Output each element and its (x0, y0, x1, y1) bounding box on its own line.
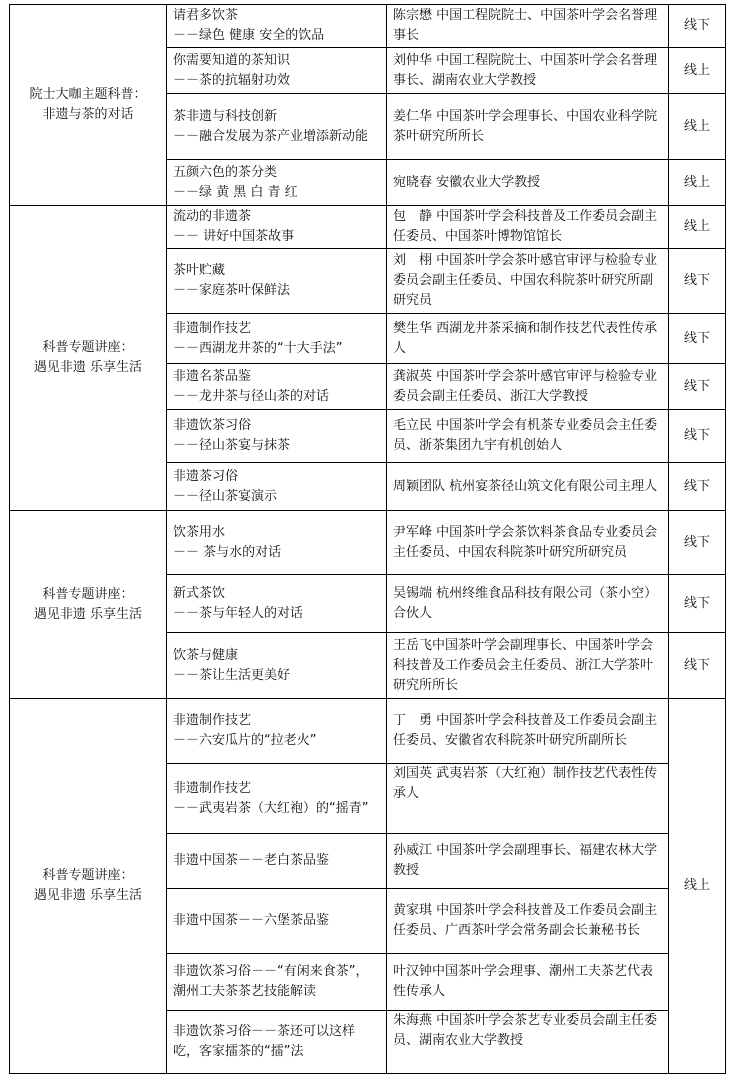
topic-subtitle: －－ 茶与水的对话 (173, 543, 380, 563)
speaker-info: 刘 栩 中国茶叶学会茶叶感官审评与检验专业委员会副主任委员、中国农科院茶叶研究所… (393, 251, 662, 311)
speaker-info: 叶汉钟中国茶叶学会理事、潮州工夫茶艺代表性传承人 (393, 962, 662, 1002)
topic-cell: 你需要知道的茶知识－－茶的抗辐射功效 (167, 48, 387, 94)
topic-title: 非遗制作技艺 (173, 779, 380, 799)
speaker-cell: 刘仲华 中国工程院院士、中国茶叶学会名誉理事长、湖南农业大学教授 (387, 48, 669, 94)
mode-cell: 线上 (669, 699, 726, 1074)
topic-subtitle: －－武夷岩茶（大红袍）的“摇青” (173, 799, 380, 819)
topic-cell: 茶叶贮藏－－家庭茶叶保鲜法 (167, 249, 387, 314)
speaker-info: 龚淑英 中国茶叶学会茶叶感官审评与检验专业委员会副主任委员、浙江大学教授 (393, 367, 662, 407)
category-title: 科普专题讲座： (16, 866, 160, 886)
speaker-cell: 陈宗懋 中国工程院院士、中国茶叶学会名誉理事长 (387, 5, 669, 48)
speaker-info: 姜仁华 中国茶叶学会理事长、中国农业科学院茶叶研究所所长 (393, 107, 662, 147)
mode-cell: 线上 (669, 94, 726, 160)
speaker-info: 毛立民 中国茶叶学会有机茶专业委员会主任委员、浙茶集团九宇有机创始人 (393, 416, 662, 456)
topic-title: 非遗饮茶习俗 (173, 416, 380, 436)
speaker-info: 陈宗懋 中国工程院院士、中国茶叶学会名誉理事长 (393, 6, 662, 46)
speaker-info: 包 静 中国茶叶学会科技普及工作委员会副主任委员、中国茶叶博物馆馆长 (393, 207, 662, 247)
speaker-cell: 孙威江 中国茶叶学会副理事长、福建农林大学教授 (387, 834, 669, 889)
speaker-cell: 龚淑英 中国茶叶学会茶叶感官审评与检验专业委员会副主任委员、浙江大学教授 (387, 364, 669, 410)
speaker-cell: 宛晓春 安徽农业大学教授 (387, 160, 669, 206)
speaker-cell: 毛立民 中国茶叶学会有机茶专业委员会主任委员、浙茶集团九宇有机创始人 (387, 410, 669, 463)
category-cell: 科普专题讲座： 遇见非遗 乐享生活 (10, 206, 167, 511)
topic-subtitle: －－六安瓜片的“拉老火” (173, 731, 380, 751)
topic-cell: 饮茶用水－－ 茶与水的对话 (167, 511, 387, 575)
topic-cell: 非遗中国茶－－六堡茶品鉴 (167, 889, 387, 954)
topic-subtitle: －－绿 黄 黑 白 青 红 (173, 183, 380, 203)
speaker-cell: 周颖团队 杭州宴茶径山筑文化有限公司主理人 (387, 463, 669, 511)
table-row: 科普专题讲座： 遇见非遗 乐享生活 流动的非遗茶－－ 讲好中国茶故事 包 静 中… (10, 206, 726, 249)
topic-title: 非遗茶习俗 (173, 467, 380, 487)
topic-cell: 饮茶与健康－－茶让生活更美好 (167, 633, 387, 699)
topic-subtitle: －－ 讲好中国茶故事 (173, 227, 380, 247)
mode-cell: 线下 (669, 249, 726, 314)
speaker-cell: 吴锡端 杭州终维食品科技有限公司（茶小空）合伙人 (387, 575, 669, 633)
speaker-cell: 樊生华 西湖龙井茶采摘和制作技艺代表性传承人 (387, 314, 669, 364)
speaker-cell: 叶汉钟中国茶叶学会理事、潮州工夫茶艺代表性传承人 (387, 954, 669, 1011)
topic-subtitle: －－绿色 健康 安全的饮品 (173, 26, 380, 46)
topic-title: 流动的非遗茶 (173, 207, 380, 227)
speaker-cell: 朱海燕 中国茶叶学会茶艺专业委员会副主任委员、湖南农业大学教授 (387, 1011, 669, 1074)
speaker-info: 丁 勇 中国茶叶学会科技普及工作委员会副主任委员、安徽省农科院茶叶研究所副所长 (393, 711, 662, 751)
speaker-cell: 刘国英 武夷岩茶（大红袍）制作技艺代表性传承人 (387, 764, 669, 834)
speaker-info: 尹军峰 中国茶叶学会茶饮料茶食品专业委员会主任委员、中国农科院茶叶研究所研究员 (393, 523, 662, 563)
category-title: 科普专题讲座： (16, 338, 160, 358)
speaker-cell: 包 静 中国茶叶学会科技普及工作委员会副主任委员、中国茶叶博物馆馆长 (387, 206, 669, 249)
topic-subtitle: －－茶让生活更美好 (173, 666, 380, 686)
topic-title: 非遗制作技艺 (173, 319, 380, 339)
topic-title: 请君多饮茶 (173, 6, 380, 26)
category-cell: 科普专题讲座： 遇见非遗 乐享生活 (10, 511, 167, 699)
topic-cell: 请君多饮茶－－绿色 健康 安全的饮品 (167, 5, 387, 48)
speaker-info: 刘国英 武夷岩茶（大红袍）制作技艺代表性传承人 (393, 764, 662, 804)
topic-title: 你需要知道的茶知识 (173, 51, 380, 71)
topic-title: 新式茶饮 (173, 584, 380, 604)
lecture-schedule-table: 院士大咖主题科普： 非遗与茶的对话 请君多饮茶－－绿色 健康 安全的饮品 陈宗懋… (9, 4, 726, 1074)
category-cell: 科普专题讲座： 遇见非遗 乐享生活 (10, 699, 167, 1074)
category-subtitle: 遇见非遗 乐享生活 (16, 886, 160, 906)
speaker-info: 宛晓春 安徽农业大学教授 (393, 173, 662, 193)
speaker-cell: 姜仁华 中国茶叶学会理事长、中国农业科学院茶叶研究所所长 (387, 94, 669, 160)
topic-title: 饮茶用水 (173, 523, 380, 543)
topic-cell: 新式茶饮－－茶与年轻人的对话 (167, 575, 387, 633)
topic-cell: 非遗制作技艺－－六安瓜片的“拉老火” (167, 699, 387, 764)
topic-title: 非遗饮茶习俗－－茶还可以这样吃，客家擂茶的“擂”法 (173, 1022, 380, 1062)
speaker-cell: 黄家琪 中国茶叶学会科技普及工作委员会副主任委员、广西茶叶学会常务副会长兼秘书长 (387, 889, 669, 954)
topic-cell: 五颜六色的茶分类－－绿 黄 黑 白 青 红 (167, 160, 387, 206)
topic-subtitle: －－径山茶宴演示 (173, 487, 380, 507)
topic-title: 饮茶与健康 (173, 646, 380, 666)
topic-title: 非遗制作技艺 (173, 711, 380, 731)
topic-title: 茶叶贮藏 (173, 261, 380, 281)
speaker-info: 樊生华 西湖龙井茶采摘和制作技艺代表性传承人 (393, 319, 662, 359)
speaker-info: 王岳飞中国茶叶学会副理事长、中国茶叶学会科技普及工作委员会主任委员、浙江大学茶叶… (393, 636, 662, 696)
topic-subtitle: －－西湖龙井茶的“十大手法” (173, 339, 380, 359)
speaker-info: 黄家琪 中国茶叶学会科技普及工作委员会副主任委员、广西茶叶学会常务副会长兼秘书长 (393, 901, 662, 941)
topic-cell: 流动的非遗茶－－ 讲好中国茶故事 (167, 206, 387, 249)
topic-subtitle: －－家庭茶叶保鲜法 (173, 281, 380, 301)
table-row: 科普专题讲座： 遇见非遗 乐享生活 饮茶用水－－ 茶与水的对话 尹军峰 中国茶叶… (10, 511, 726, 575)
table-row: 科普专题讲座： 遇见非遗 乐享生活 非遗制作技艺－－六安瓜片的“拉老火” 丁 勇… (10, 699, 726, 764)
mode-cell: 线下 (669, 575, 726, 633)
topic-cell: 非遗中国茶－－老白茶品鉴 (167, 834, 387, 889)
category-subtitle: 非遗与茶的对话 (16, 105, 160, 125)
topic-cell: 茶非遗与科技创新－－融合发展为茶产业增添新动能 (167, 94, 387, 160)
speaker-info: 吴锡端 杭州终维食品科技有限公司（茶小空）合伙人 (393, 584, 662, 624)
topic-cell: 非遗饮茶习俗－－“有闲来食茶”，潮州工夫茶茶艺技能解读 (167, 954, 387, 1011)
topic-cell: 非遗饮茶习俗－－径山茶宴与抹茶 (167, 410, 387, 463)
mode-cell: 线下 (669, 463, 726, 511)
mode-cell: 线下 (669, 5, 726, 48)
mode-cell: 线下 (669, 314, 726, 364)
category-cell: 院士大咖主题科普： 非遗与茶的对话 (10, 5, 167, 206)
topic-subtitle: －－融合发展为茶产业增添新动能 (173, 127, 380, 147)
topic-cell: 非遗制作技艺－－武夷岩茶（大红袍）的“摇青” (167, 764, 387, 834)
topic-title: 茶非遗与科技创新 (173, 107, 380, 127)
topic-cell: 非遗名茶品鉴－－龙井茶与径山茶的对话 (167, 364, 387, 410)
topic-cell: 非遗茶习俗－－径山茶宴演示 (167, 463, 387, 511)
speaker-info: 孙威江 中国茶叶学会副理事长、福建农林大学教授 (393, 841, 662, 881)
topic-title: 非遗中国茶－－老白茶品鉴 (173, 851, 380, 871)
topic-cell: 非遗饮茶习俗－－茶还可以这样吃，客家擂茶的“擂”法 (167, 1011, 387, 1074)
mode-cell: 线上 (669, 160, 726, 206)
topic-title: 五颜六色的茶分类 (173, 163, 380, 183)
category-title: 科普专题讲座： (16, 585, 160, 605)
category-subtitle: 遇见非遗 乐享生活 (16, 358, 160, 378)
table-row: 院士大咖主题科普： 非遗与茶的对话 请君多饮茶－－绿色 健康 安全的饮品 陈宗懋… (10, 5, 726, 48)
speaker-cell: 丁 勇 中国茶叶学会科技普及工作委员会副主任委员、安徽省农科院茶叶研究所副所长 (387, 699, 669, 764)
topic-subtitle: －－茶与年轻人的对话 (173, 604, 380, 624)
speaker-info: 周颖团队 杭州宴茶径山筑文化有限公司主理人 (393, 477, 662, 497)
category-title: 院士大咖主题科普： (16, 85, 160, 105)
topic-title: 非遗名茶品鉴 (173, 367, 380, 387)
speaker-info: 朱海燕 中国茶叶学会茶艺专业委员会副主任委员、湖南农业大学教授 (393, 1011, 662, 1051)
mode-cell: 线下 (669, 633, 726, 699)
mode-cell: 线下 (669, 364, 726, 410)
topic-subtitle: －－茶的抗辐射功效 (173, 71, 380, 91)
mode-cell: 线上 (669, 48, 726, 94)
category-subtitle: 遇见非遗 乐享生活 (16, 605, 160, 625)
speaker-info: 刘仲华 中国工程院院士、中国茶叶学会名誉理事长、湖南农业大学教授 (393, 51, 662, 91)
mode-cell: 线下 (669, 410, 726, 463)
topic-subtitle: －－径山茶宴与抹茶 (173, 436, 380, 456)
topic-cell: 非遗制作技艺－－西湖龙井茶的“十大手法” (167, 314, 387, 364)
mode-cell: 线上 (669, 206, 726, 249)
speaker-cell: 尹军峰 中国茶叶学会茶饮料茶食品专业委员会主任委员、中国农科院茶叶研究所研究员 (387, 511, 669, 575)
speaker-cell: 刘 栩 中国茶叶学会茶叶感官审评与检验专业委员会副主任委员、中国农科院茶叶研究所… (387, 249, 669, 314)
topic-title: 非遗中国茶－－六堡茶品鉴 (173, 911, 380, 931)
topic-subtitle: －－龙井茶与径山茶的对话 (173, 387, 380, 407)
speaker-cell: 王岳飞中国茶叶学会副理事长、中国茶叶学会科技普及工作委员会主任委员、浙江大学茶叶… (387, 633, 669, 699)
mode-cell: 线下 (669, 511, 726, 575)
topic-title: 非遗饮茶习俗－－“有闲来食茶”，潮州工夫茶茶艺技能解读 (173, 962, 380, 1002)
